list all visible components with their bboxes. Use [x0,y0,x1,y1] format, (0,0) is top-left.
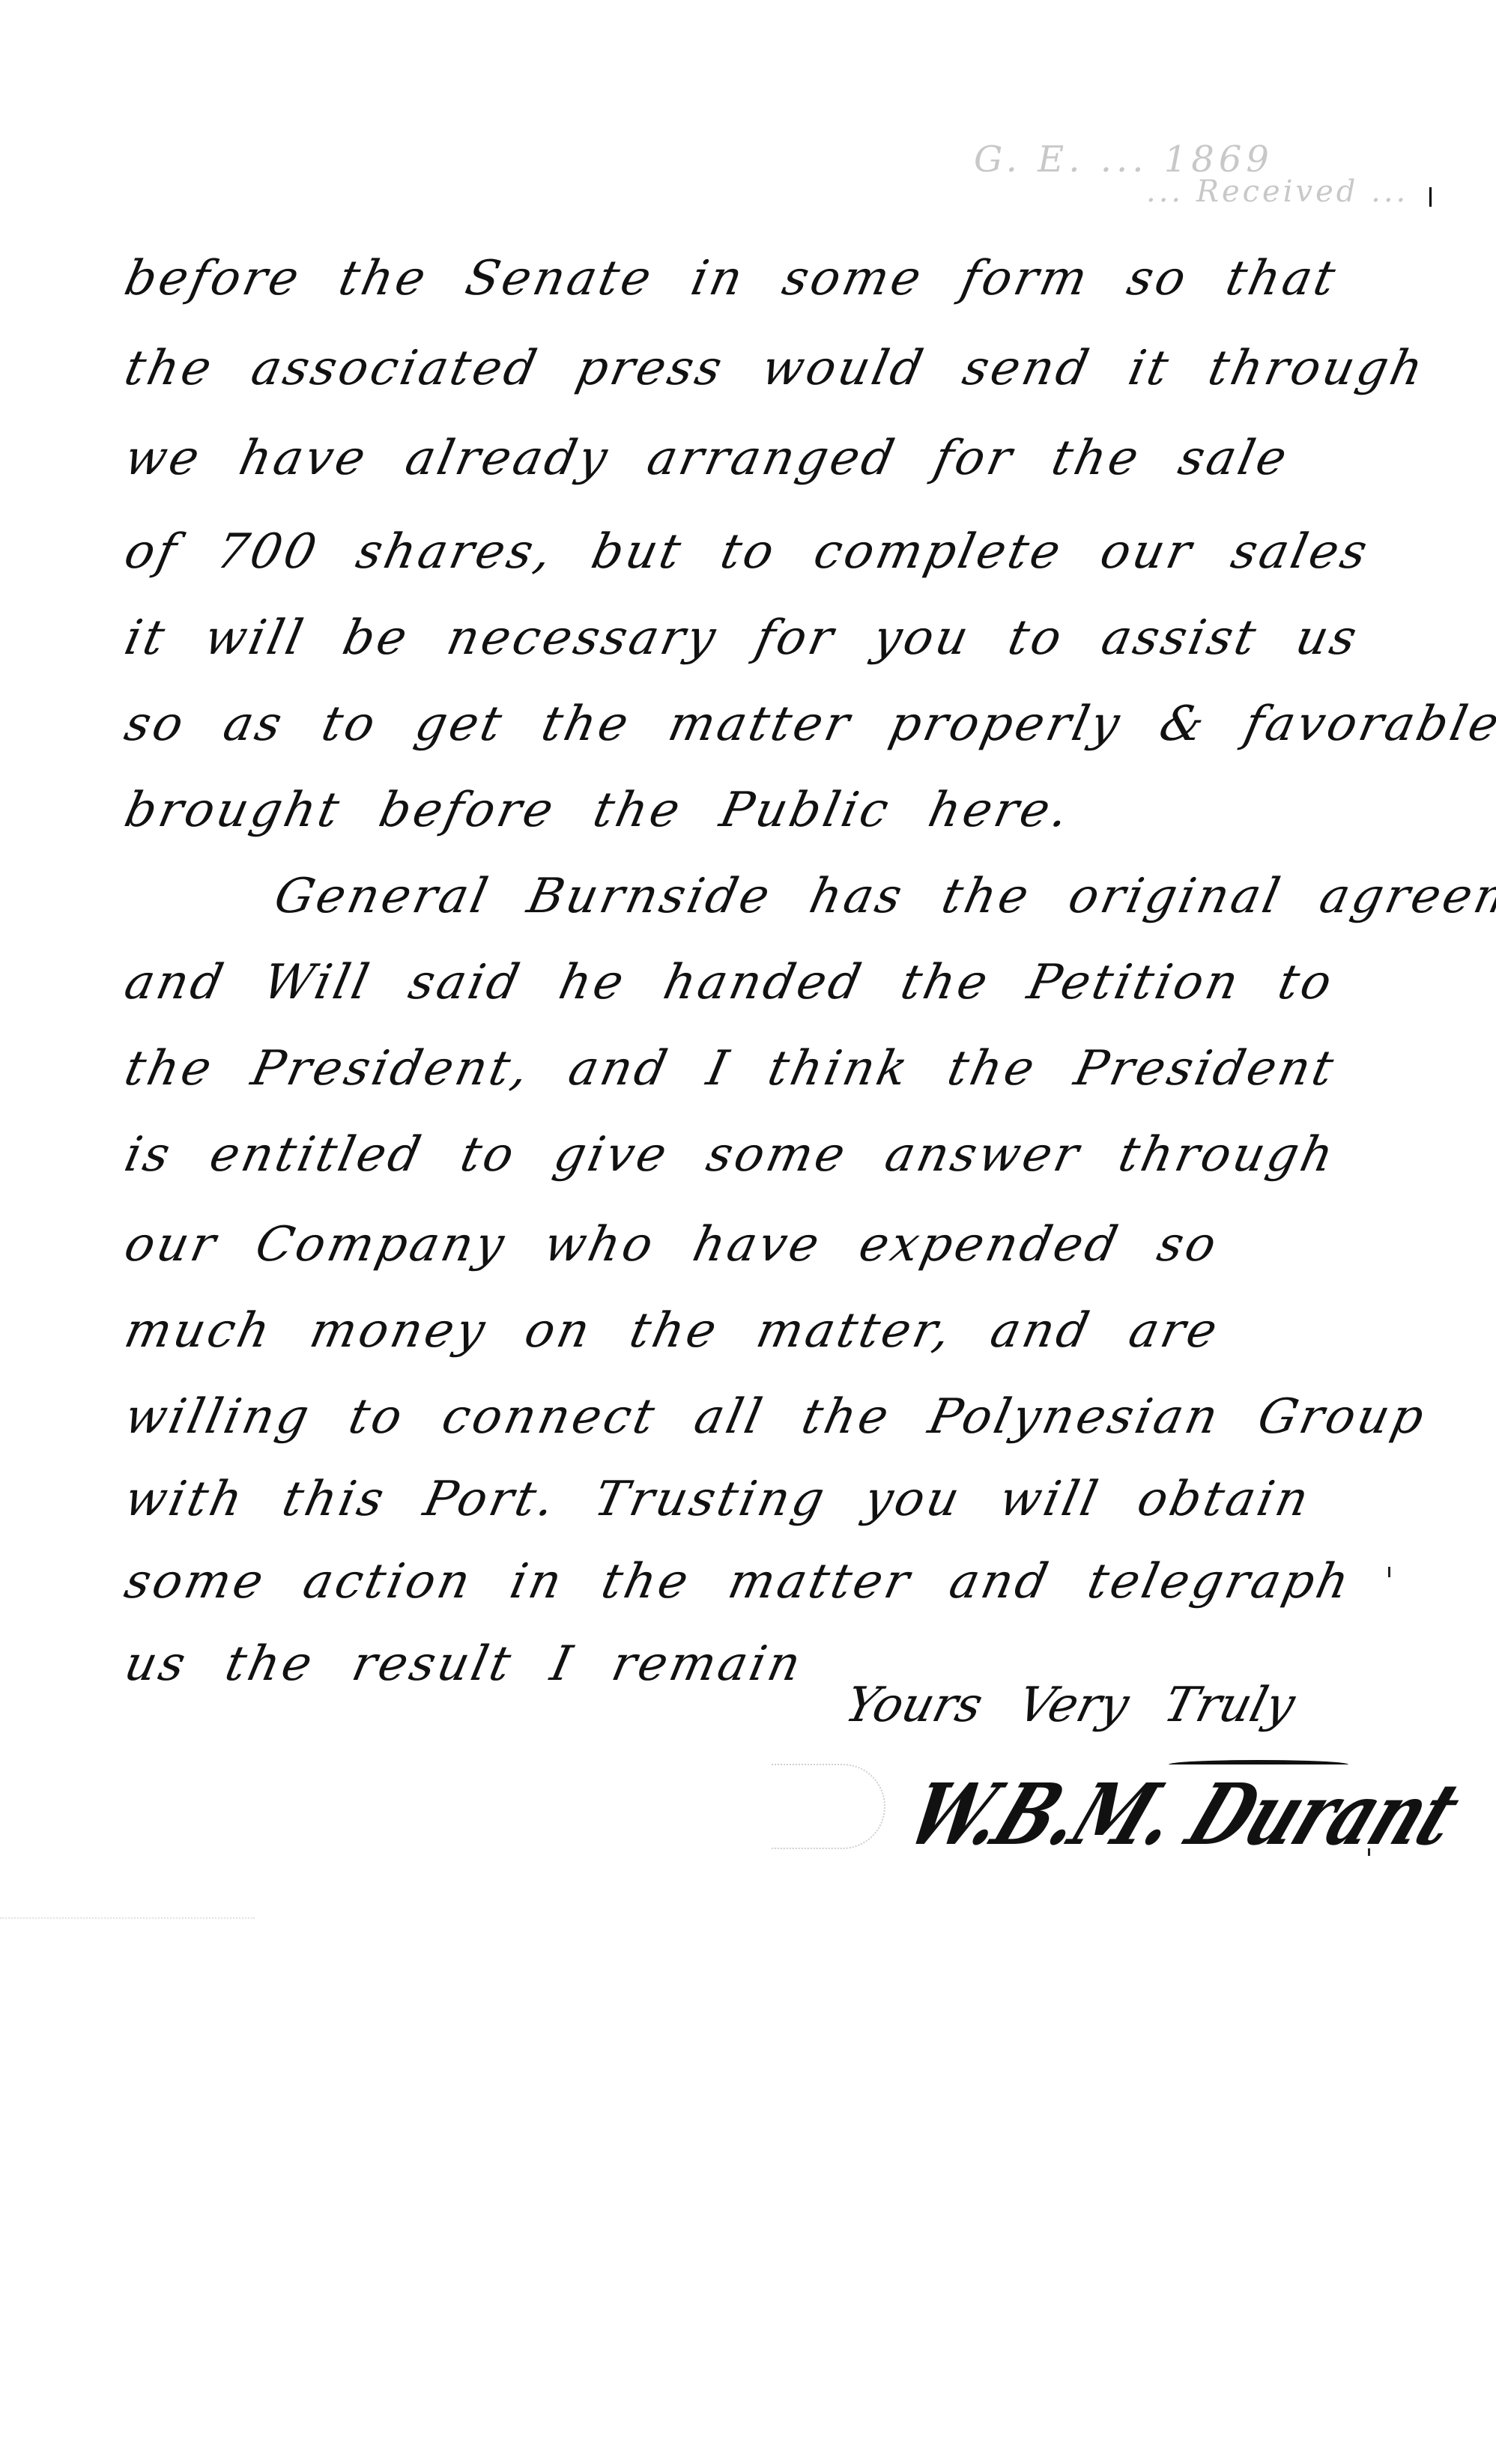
body-line-7: brought before the Public here. [120,783,1076,838]
faint-scan-artifact [0,1917,255,1919]
body-line-17: us the result I remain [120,1636,808,1692]
body-line-10: the President, and I think the President [120,1041,1341,1096]
margin-mark [1388,1567,1390,1577]
body-line-5: it will be necessary for you to assist u… [120,610,1364,666]
body-line-8: General Burnside has the original agreem… [270,869,1496,924]
body-line-13: much money on the matter, and are [120,1303,1225,1359]
body-line-15: with this Port. Trusting you will obtain [120,1472,1316,1527]
body-line-14: willing to connect all the Polynesian Gr… [120,1389,1432,1445]
body-line-16: some action in the matter and telegraph [120,1554,1357,1609]
letter-page: G. E. ... 1869 ... Received ... before t… [0,0,1496,2464]
archive-stamp: G. E. ... 1869 ... Received ... [974,139,1453,221]
body-line-1: before the Senate in some form so that [120,251,1342,306]
faint-seal-impression [772,1764,885,1849]
signature-flourish [1169,1760,1348,1769]
body-line-4: of 700 shares, but to complete our sales [120,524,1375,580]
margin-mark [1429,187,1432,207]
body-line-3: we have already arranged for the sale [120,431,1294,486]
archive-stamp-line-2: ... Received ... [1146,175,1408,209]
body-line-6: so as to get the matter properly & favor… [120,697,1496,752]
body-line-2: the associated press would send it throu… [120,341,1431,396]
closing-salutation: Yours Very Truly [840,1678,1300,1733]
signature: W.B.M. Durant [894,1765,1472,1865]
body-line-11: is entitled to give some answer through [120,1127,1341,1183]
body-line-12: our Company who have expended so [120,1217,1224,1272]
margin-mark [1368,1848,1370,1856]
body-line-9: and Will said he handed the Petition to [120,955,1339,1010]
